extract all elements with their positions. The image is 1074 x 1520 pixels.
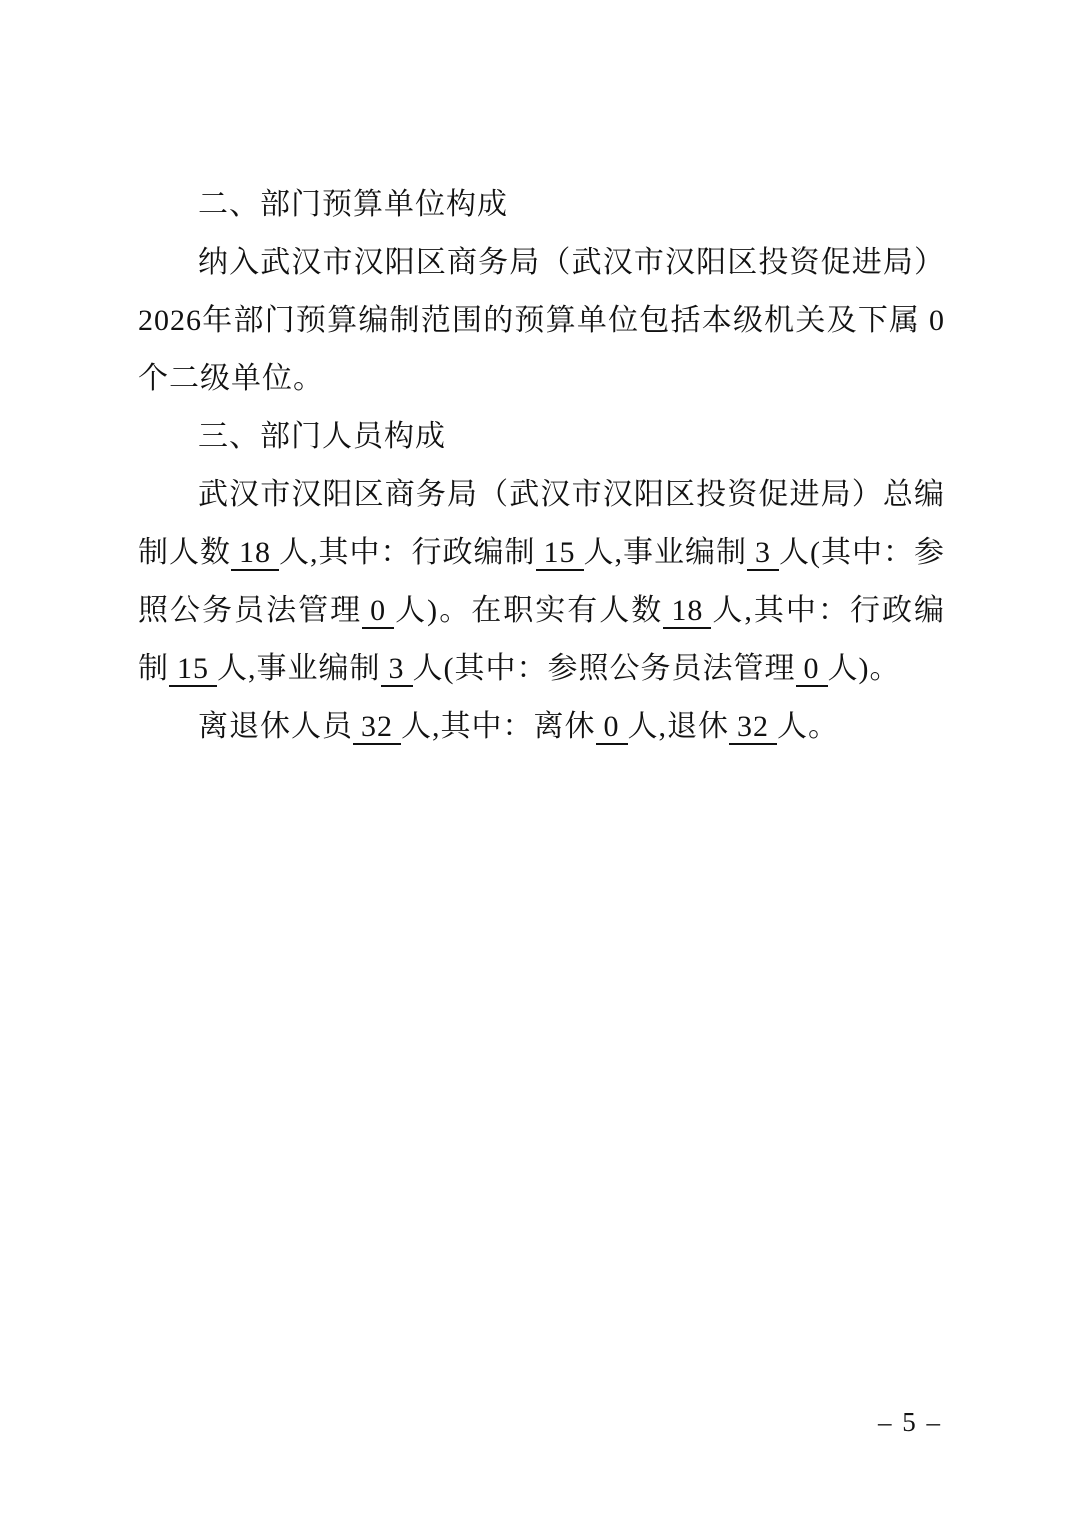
- underlined-value: 3: [381, 652, 413, 687]
- text-run: 纳入武汉市汉阳区商务局（武汉市汉阳区投资促进局）2026年部门预算编制范围的预算…: [138, 246, 945, 395]
- text-run: 人,其中：行政编制: [279, 536, 536, 569]
- page-number: – 5 –: [878, 1404, 942, 1440]
- underlined-value: 3: [747, 536, 779, 571]
- document-page: 二、部门预算单位构成 纳入武汉市汉阳区商务局（武汉市汉阳区投资促进局）2026年…: [0, 0, 1074, 1520]
- text-run: 二、部门预算单位构成: [198, 188, 508, 221]
- underlined-value: 0: [796, 652, 828, 687]
- underlined-value: 18: [231, 536, 279, 571]
- underlined-value: 18: [663, 594, 711, 629]
- text-run: 人。: [777, 710, 839, 743]
- underlined-value: 15: [169, 652, 217, 687]
- section-heading-personnel: 三、部门人员构成: [138, 408, 945, 466]
- underlined-value: 32: [729, 710, 777, 745]
- paragraph-retirees: 离退休人员32人,其中：离休0人,退休32人。: [138, 698, 945, 756]
- text-run: 离退休人员: [198, 710, 353, 743]
- section-heading-budget-units: 二、部门预算单位构成: [138, 176, 945, 234]
- text-run: 人(其中：参照公务员法管理: [413, 652, 796, 685]
- text-run: 人,其中：离休: [401, 710, 596, 743]
- paragraph-budget-units: 纳入武汉市汉阳区商务局（武汉市汉阳区投资促进局）2026年部门预算编制范围的预算…: [138, 234, 945, 408]
- text-run: 人,事业编制: [584, 536, 748, 569]
- text-run: 人)。在职实有人数: [394, 594, 663, 627]
- text-run: 人)。: [828, 652, 901, 685]
- text-run: 三、部门人员构成: [198, 420, 446, 453]
- text-run: 人,事业编制: [217, 652, 381, 685]
- underlined-value: 0: [596, 710, 628, 745]
- document-body: 二、部门预算单位构成 纳入武汉市汉阳区商务局（武汉市汉阳区投资促进局）2026年…: [138, 176, 945, 756]
- underlined-value: 32: [353, 710, 401, 745]
- text-run: 人,退休: [628, 710, 730, 743]
- paragraph-personnel: 武汉市汉阳区商务局（武汉市汉阳区投资促进局）总编制人数18人,其中：行政编制15…: [138, 466, 945, 698]
- underlined-value: 15: [536, 536, 584, 571]
- underlined-value: 0: [362, 594, 394, 629]
